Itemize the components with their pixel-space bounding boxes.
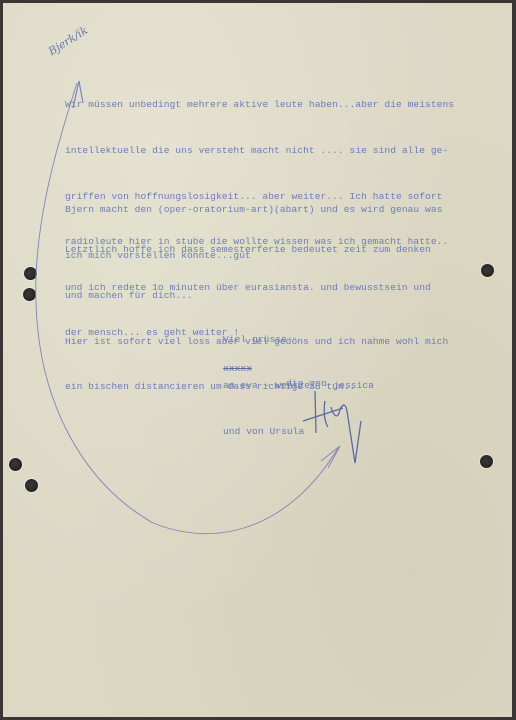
struck-out-text: xxxxx [223, 361, 252, 376]
text-line: intellektuelle die uns versteht macht ni… [65, 143, 454, 158]
text-line: Letztlich hoffe ich dass semesterferie b… [65, 242, 448, 257]
text-line: Viel grüsse [223, 332, 374, 347]
text-line: und von Ursula [223, 424, 374, 439]
sign-off: din ven [286, 376, 327, 391]
text-line: Wir müssen unbedingt mehrere aktive leut… [65, 97, 454, 112]
letter-page: Bjerk/ik Wir müssen unbedingt mehrere ak… [3, 3, 512, 717]
text-line: und machen für dich... [65, 288, 448, 303]
